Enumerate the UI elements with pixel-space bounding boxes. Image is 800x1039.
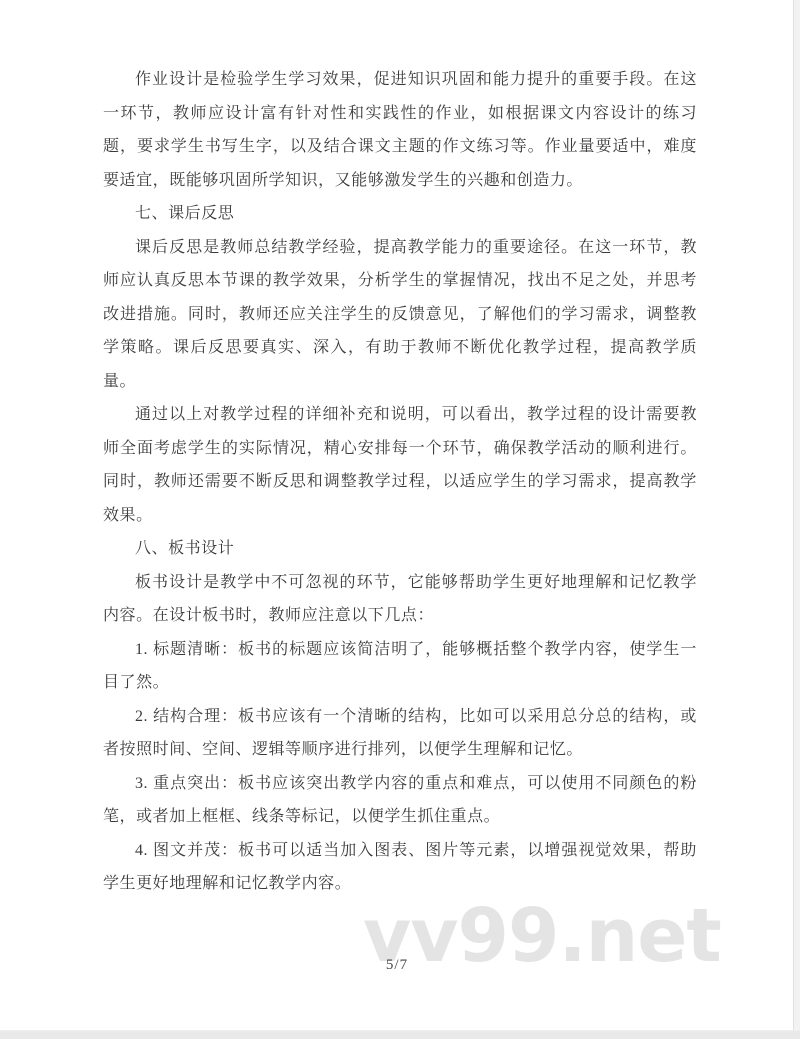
paragraph: 通过以上对教学过程的详细补充和说明，可以看出，教学过程的设计需要教师全面考虑学生… [103,398,697,532]
paragraph: 1. 标题清晰：板书的标题应该简洁明了，能够概括整个教学内容，使学生一目了然。 [103,633,697,700]
paragraph: 作业设计是检验学生学习效果，促进知识巩固和能力提升的重要手段。在这一环节，教师应… [103,63,697,197]
paragraph: 板书设计是教学中不可忽视的环节，它能够帮助学生更好地理解和记忆教学内容。在设计板… [103,566,697,633]
document-body: 作业设计是检验学生学习效果，促进知识巩固和能力提升的重要手段。在这一环节，教师应… [103,63,697,901]
paragraph: 4. 图文并茂：板书可以适当加入图表、图片等元素，以增强视觉效果，帮助学生更好地… [103,834,697,901]
paragraph: 2. 结构合理：板书应该有一个清晰的结构，比如可以采用总分总的结构，或者按照时间… [103,700,697,767]
section-heading: 七、课后反思 [103,197,697,231]
page-right-edge [793,0,800,1039]
section-heading: 八、板书设计 [103,532,697,566]
paragraph: 课后反思是教师总结教学经验，提高教学能力的重要途径。在这一环节，教师应认真反思本… [103,231,697,399]
page-number: 5/7 [0,957,794,974]
document-page: vv99.net 作业设计是检验学生学习效果，促进知识巩固和能力提升的重要手段。… [0,0,800,1039]
paragraph: 3. 重点突出：板书应该突出教学内容的重点和难点，可以使用不同颜色的粉笔，或者加… [103,767,697,834]
page-bottom-edge [0,1030,800,1039]
